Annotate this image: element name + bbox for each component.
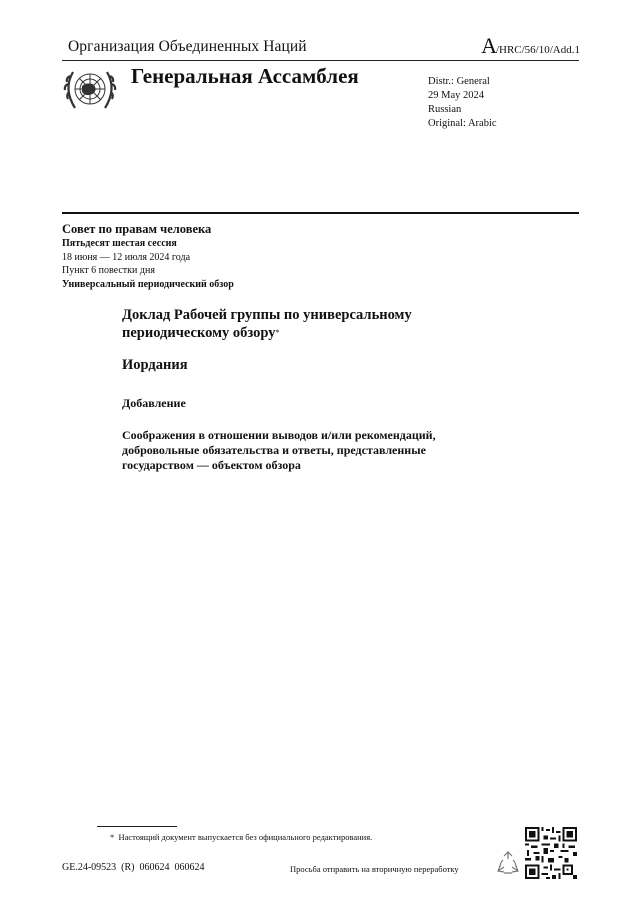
distribution-block: Distr.: General 29 May 2024 Russian Orig…	[428, 75, 497, 131]
qr-code-icon[interactable]	[525, 827, 577, 879]
agenda-title: Универсальный периодический обзор	[62, 278, 234, 292]
session-dates: 18 июня — 12 июля 2024 года	[62, 251, 234, 265]
body-title: Генеральная Ассамблея	[131, 64, 359, 89]
agenda-item: Пункт 6 повестки дня	[62, 264, 234, 278]
country-name: Иордания	[122, 357, 188, 374]
report-title: Доклад Рабочей группы по универсальному …	[122, 306, 452, 342]
distr-label: Distr.: General	[428, 75, 497, 89]
original-language: Original: Arabic	[428, 117, 497, 131]
recycle-text: Просьба отправить на вторичную переработ…	[290, 864, 459, 874]
footnote-marker[interactable]: *	[275, 328, 279, 337]
symbol-prefix: A	[481, 33, 496, 58]
symbol-rest: /HRC/56/10/Add.1	[496, 44, 580, 56]
footnote-mark: *	[110, 832, 114, 842]
language: Russian	[428, 103, 497, 117]
un-emblem-icon	[60, 64, 120, 114]
document-symbol: A/HRC/56/10/Add.1	[481, 33, 580, 59]
recycle-icon	[496, 850, 520, 876]
subject-title: Соображения в отношении выводов и/или ре…	[122, 428, 492, 473]
organization-name: Организация Объединенных Наций	[68, 38, 307, 56]
footnote-text: Настоящий документ выпускается без офици…	[119, 832, 373, 842]
council-name: Совет по правам человека	[62, 222, 211, 237]
session-name: Пятьдесят шестая сессия	[62, 237, 234, 251]
header-rule	[62, 60, 579, 61]
report-title-text: Доклад Рабочей группы по универсальному …	[122, 307, 412, 341]
addendum-label: Добавление	[122, 396, 186, 411]
job-number: GE.24-09523 (R) 060624 060624	[62, 862, 205, 873]
issue-date: 29 May 2024	[428, 89, 497, 103]
footnote: * Настоящий документ выпускается без офи…	[110, 832, 372, 842]
session-block: Пятьдесят шестая сессия 18 июня — 12 июл…	[62, 237, 234, 291]
footnote-rule	[97, 826, 177, 827]
section-rule	[62, 212, 579, 214]
